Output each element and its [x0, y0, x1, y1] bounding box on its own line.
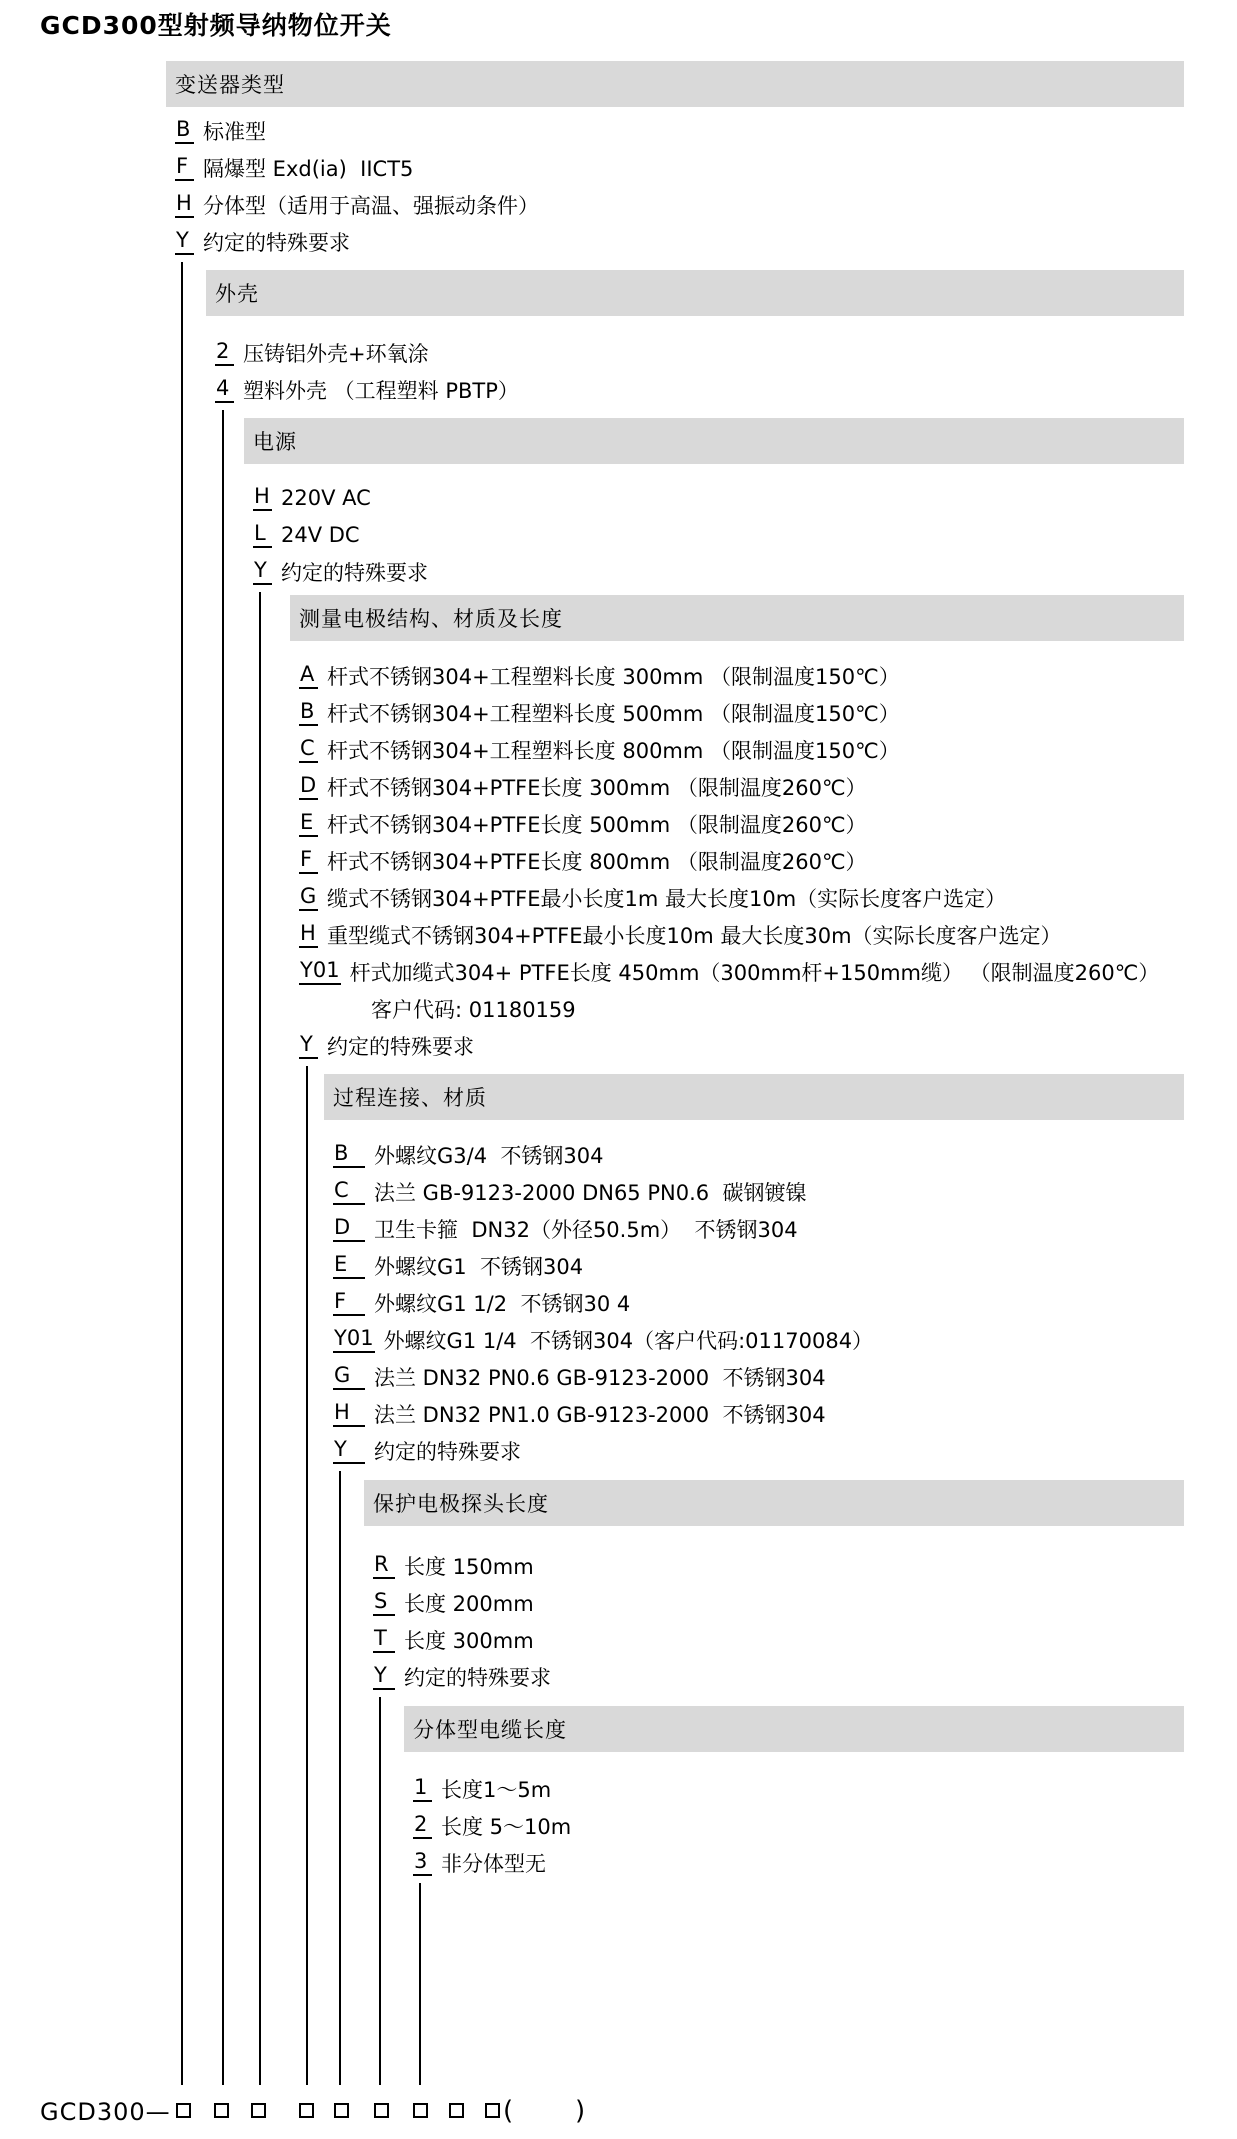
option-code: 2 [413, 1812, 432, 1839]
option-row: 2长度 5～10m [413, 1807, 571, 1844]
option-code: D [299, 773, 318, 800]
option-description: 杆式不锈钢304+工程塑料长度 500mm （限制温度150℃） [327, 698, 900, 728]
connector-line-1 [181, 262, 183, 2085]
option-row: Y01杆式加缆式304+ PTFE长度 450mm（300mm杆+150mm缆）… [299, 953, 1159, 990]
section-header-label: 电源 [253, 426, 297, 456]
option-row: 4塑料外壳 （工程塑料 PBTP） [215, 371, 519, 408]
option-code: Y [299, 1032, 318, 1059]
option-row: F隔爆型 Exd(ia) IICT5 [175, 149, 413, 186]
code-box-6 [374, 2103, 389, 2118]
option-code: Y01 [299, 958, 341, 985]
option-row: B标准型 [175, 112, 266, 149]
option-row: E杆式不锈钢304+PTFE长度 500mm （限制温度260℃） [299, 805, 867, 842]
option-code: Y [175, 228, 194, 255]
option-code: S [373, 1589, 395, 1616]
option-description: 外螺纹G3/4 不锈钢304 [374, 1140, 604, 1170]
option-description: 约定的特殊要求 [404, 1662, 551, 1692]
option-code: Y [333, 1437, 365, 1464]
option-code: Y01 [333, 1326, 375, 1353]
option-description: 杆式不锈钢304+PTFE长度 800mm （限制温度260℃） [327, 846, 867, 876]
option-row: G缆式不锈钢304+PTFE最小长度1m 最大长度10m（实际长度客户选定） [299, 879, 1006, 916]
option-row: E外螺纹G1 不锈钢304 [333, 1247, 583, 1284]
option-code: H [175, 191, 194, 218]
option-code: B [299, 699, 318, 726]
option-code [343, 1008, 362, 1009]
connector-line-4 [306, 1066, 308, 2085]
option-row: F杆式不锈钢304+PTFE长度 800mm （限制温度260℃） [299, 842, 867, 879]
page-title: GCD300型射频导纳物位开关 [40, 6, 392, 42]
option-row: 客户代码: 01180159 [343, 990, 576, 1027]
option-row: R长度 150mm [373, 1547, 534, 1584]
option-description: 杆式不锈钢304+PTFE长度 500mm （限制温度260℃） [327, 809, 867, 839]
option-code: Y [373, 1663, 395, 1690]
code-box-4 [299, 2103, 314, 2118]
option-code: H [333, 1400, 365, 1427]
close-paren: ) [575, 2096, 585, 2126]
option-description: 220V AC [281, 486, 371, 510]
option-code: 4 [215, 376, 234, 403]
section-header-label: 变送器类型 [175, 69, 285, 99]
option-row: H分体型（适用于高温、强振动条件） [175, 186, 539, 223]
option-description: 长度 5～10m [441, 1811, 571, 1841]
option-code: H [253, 484, 272, 511]
section-header-5: 过程连接、材质 [324, 1074, 1184, 1120]
option-description: 法兰 GB-9123-2000 DN65 PN0.6 碳钢镀镍 [374, 1177, 806, 1207]
option-code: B [175, 117, 194, 144]
option-row: H法兰 DN32 PN1.0 GB-9123-2000 不锈钢304 [333, 1395, 826, 1432]
option-description: 卫生卡箍 DN32（外径50.5m） 不锈钢304 [374, 1214, 798, 1244]
code-box-7 [413, 2103, 428, 2118]
option-description: 标准型 [203, 116, 266, 146]
model-code-prefix: GCD300— [40, 2098, 171, 2126]
option-code: F [299, 847, 318, 874]
code-box-3 [251, 2103, 266, 2118]
option-code: D [333, 1215, 365, 1242]
option-description: 长度 300mm [404, 1625, 534, 1655]
option-description: 塑料外壳 （工程塑料 PBTP） [243, 375, 519, 405]
option-code: 1 [413, 1775, 432, 1802]
code-box-2 [214, 2103, 229, 2118]
section-header-6: 保护电极探头长度 [364, 1480, 1184, 1526]
section-header-7: 分体型电缆长度 [404, 1706, 1184, 1752]
connector-line-7 [419, 1883, 421, 2085]
option-row: C法兰 GB-9123-2000 DN65 PN0.6 碳钢镀镍 [333, 1173, 806, 1210]
option-row: D杆式不锈钢304+PTFE长度 300mm （限制温度260℃） [299, 768, 867, 805]
option-code: G [333, 1363, 365, 1390]
option-description: 客户代码: 01180159 [371, 994, 576, 1024]
option-description: 长度 150mm [404, 1551, 534, 1581]
option-description: 约定的特殊要求 [281, 557, 428, 587]
option-row: T长度 300mm [373, 1621, 534, 1658]
option-description: 外螺纹G1 1/2 不锈钢30 4 [374, 1288, 630, 1318]
option-description: 重型缆式不锈钢304+PTFE最小长度10m 最大长度30m（实际长度客户选定） [327, 920, 1062, 950]
option-code: H [299, 921, 318, 948]
option-row: Y约定的特殊要求 [373, 1658, 551, 1695]
option-row: L24V DC [253, 516, 360, 553]
option-description: 杆式不锈钢304+工程塑料长度 300mm （限制温度150℃） [327, 661, 900, 691]
option-description: 杆式加缆式304+ PTFE长度 450mm（300mm杆+150mm缆） （限… [350, 957, 1160, 987]
option-description: 约定的特殊要求 [327, 1031, 474, 1061]
option-code: G [299, 884, 318, 911]
option-row: S长度 200mm [373, 1584, 534, 1621]
code-box-1 [176, 2103, 191, 2118]
option-row: B外螺纹G3/4 不锈钢304 [333, 1136, 604, 1173]
option-description: 杆式不锈钢304+工程塑料长度 800mm （限制温度150℃） [327, 735, 900, 765]
option-row: B杆式不锈钢304+工程塑料长度 500mm （限制温度150℃） [299, 694, 900, 731]
option-code: C [299, 736, 318, 763]
option-code: E [333, 1252, 365, 1279]
option-row: G法兰 DN32 PN0.6 GB-9123-2000 不锈钢304 [333, 1358, 826, 1395]
option-description: 法兰 DN32 PN0.6 GB-9123-2000 不锈钢304 [374, 1362, 826, 1392]
option-code: B [333, 1141, 365, 1168]
option-code: Y [253, 558, 272, 585]
option-description: 隔爆型 Exd(ia) IICT5 [203, 153, 413, 183]
option-row: Y约定的特殊要求 [333, 1432, 521, 1469]
option-description: 约定的特殊要求 [203, 227, 350, 257]
option-description: 杆式不锈钢304+PTFE长度 300mm （限制温度260℃） [327, 772, 867, 802]
connector-line-6 [379, 1697, 381, 2085]
option-code: T [373, 1626, 395, 1653]
section-header-label: 保护电极探头长度 [373, 1488, 549, 1518]
option-code: L [253, 521, 272, 548]
section-header-4: 测量电极结构、材质及长度 [290, 595, 1184, 641]
option-row: Y约定的特殊要求 [299, 1027, 474, 1064]
option-code: E [299, 810, 318, 837]
option-description: 24V DC [281, 523, 360, 547]
option-code: 2 [215, 339, 234, 366]
option-description: 外螺纹G1 1/4 不锈钢304（客户代码:01170084） [384, 1325, 874, 1355]
option-description: 长度1～5m [441, 1774, 551, 1804]
option-description: 非分体型无 [441, 1848, 546, 1878]
ordering-code-page: GCD300型射频导纳物位开关 变送器类型B标准型F隔爆型 Exd(ia) II… [0, 0, 1237, 2139]
option-code: C [333, 1178, 365, 1205]
section-header-1: 变送器类型 [166, 61, 1184, 107]
option-description: 法兰 DN32 PN1.0 GB-9123-2000 不锈钢304 [374, 1399, 826, 1429]
option-row: 3非分体型无 [413, 1844, 546, 1881]
code-box-9 [485, 2103, 500, 2118]
option-row: Y约定的特殊要求 [175, 223, 350, 260]
open-paren: ( [503, 2096, 513, 2126]
option-code: F [175, 154, 194, 181]
option-row: H重型缆式不锈钢304+PTFE最小长度10m 最大长度30m（实际长度客户选定… [299, 916, 1062, 953]
option-row: H220V AC [253, 479, 371, 516]
option-row: 2压铸铝外壳+环氧涂 [215, 334, 429, 371]
section-header-3: 电源 [244, 418, 1184, 464]
section-header-label: 测量电极结构、材质及长度 [299, 603, 563, 633]
option-row: F外螺纹G1 1/2 不锈钢30 4 [333, 1284, 630, 1321]
option-row: Y约定的特殊要求 [253, 553, 428, 590]
connector-line-5 [339, 1471, 341, 2085]
option-description: 分体型（适用于高温、强振动条件） [203, 190, 539, 220]
option-row: D卫生卡箍 DN32（外径50.5m） 不锈钢304 [333, 1210, 798, 1247]
option-description: 压铸铝外壳+环氧涂 [243, 338, 429, 368]
option-code: 3 [413, 1849, 432, 1876]
option-code: R [373, 1552, 395, 1579]
code-box-8 [449, 2103, 464, 2118]
option-description: 外螺纹G1 不锈钢304 [374, 1251, 583, 1281]
section-header-label: 分体型电缆长度 [413, 1714, 567, 1744]
section-header-label: 过程连接、材质 [333, 1082, 487, 1112]
option-row: Y01外螺纹G1 1/4 不锈钢304（客户代码:01170084） [333, 1321, 873, 1358]
option-description: 缆式不锈钢304+PTFE最小长度1m 最大长度10m（实际长度客户选定） [327, 883, 1006, 913]
option-description: 约定的特殊要求 [374, 1436, 521, 1466]
section-header-2: 外壳 [206, 270, 1184, 316]
option-description: 长度 200mm [404, 1588, 534, 1618]
option-code: F [333, 1289, 365, 1316]
code-box-5 [334, 2103, 349, 2118]
connector-line-2 [222, 410, 224, 2085]
section-header-label: 外壳 [215, 278, 259, 308]
option-row: C杆式不锈钢304+工程塑料长度 800mm （限制温度150℃） [299, 731, 900, 768]
option-row: A杆式不锈钢304+工程塑料长度 300mm （限制温度150℃） [299, 657, 900, 694]
option-row: 1长度1～5m [413, 1770, 551, 1807]
option-code: A [299, 662, 318, 689]
connector-line-3 [259, 592, 261, 2085]
